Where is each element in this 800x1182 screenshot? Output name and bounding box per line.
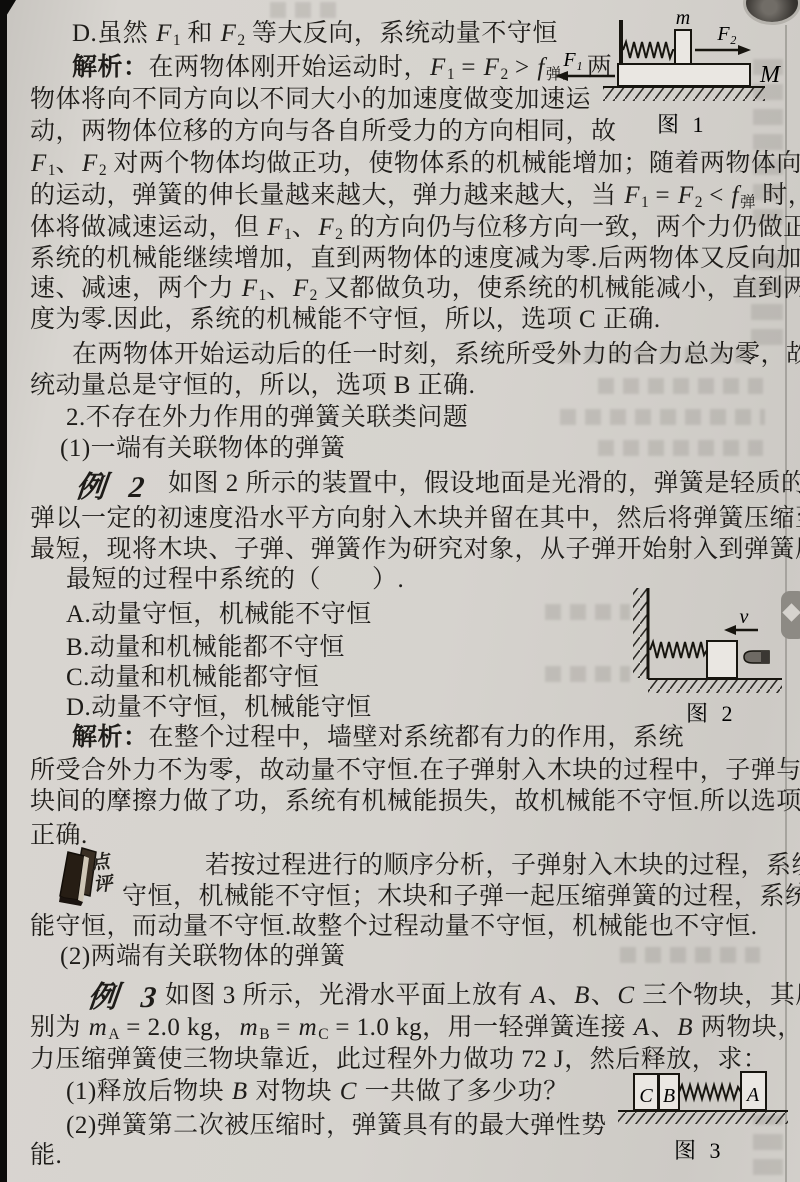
force-f2-arrow bbox=[738, 45, 751, 55]
figure-2-caption: 图 2 bbox=[686, 701, 737, 726]
choice-b: B.动量和机械能都不守恒 bbox=[66, 632, 345, 663]
force-f1-arrow bbox=[555, 71, 568, 81]
figure-1-caption: 图 1 bbox=[657, 112, 708, 137]
text-line: 如图 2 所示的装置中，假设地面是光滑的，弹簧是轻质的，子 bbox=[168, 468, 800, 499]
figure-3-three-blocks-spring: C B A 图 3 bbox=[615, 1065, 800, 1165]
spring-coil bbox=[623, 42, 675, 58]
bleed-smudge bbox=[598, 378, 763, 394]
figure-3-caption: 图 3 bbox=[674, 1138, 725, 1163]
wall-hatching bbox=[633, 588, 648, 678]
bullet bbox=[744, 651, 769, 663]
velocity-label: v bbox=[740, 606, 749, 628]
text-line: 解析：在整个过程中，墙壁对系统都有力的作用，系统 bbox=[72, 722, 684, 753]
example-3-tag: 例 3 bbox=[86, 972, 167, 1016]
question-1: (1)释放后物块 B 对物块 C 一共做了多少功？ bbox=[66, 1076, 569, 1107]
text-line: 系统的机械能继续增加，直到两物体的速度减为零.后两物体又反向加 bbox=[30, 243, 800, 274]
wood-block bbox=[707, 641, 737, 678]
bleed-smudge bbox=[545, 604, 630, 620]
bleed-smudge bbox=[620, 947, 760, 963]
text-line: 最短，现将木块、子弹、弹簧作为研究对象，从子弹开始射入到弹簧压缩至 bbox=[30, 534, 800, 565]
bleed-smudge bbox=[545, 666, 630, 682]
scan-left-edge bbox=[0, 0, 7, 1182]
choice-a: A.动量守恒，机械能不守恒 bbox=[66, 599, 372, 630]
block-C-label: C bbox=[639, 1085, 653, 1107]
bleed-smudge bbox=[560, 409, 765, 425]
text-line: 能. bbox=[30, 1140, 62, 1171]
force-f1-label: F₁ bbox=[562, 49, 582, 71]
block-B-label: B bbox=[663, 1085, 675, 1107]
velocity-arrow bbox=[724, 625, 736, 635]
figure-2-bullet-block-spring: v 图 2 bbox=[620, 585, 800, 733]
scan-left-corner bbox=[0, 0, 16, 26]
text-line: 块间的摩擦力做了功，系统有机械能损失，故机械能不守恒.所以选项 B bbox=[30, 786, 800, 817]
spring-coil bbox=[650, 642, 707, 658]
spring-coil bbox=[679, 1085, 741, 1099]
choice-d: D.动量不守恒，机械能守恒 bbox=[66, 692, 372, 723]
text-line: 物体将向不同方向以不同大小的加速度做变加速运 bbox=[30, 84, 591, 115]
cart-M-label: M bbox=[759, 62, 782, 88]
text-line: 动，两物体位移的方向与各自所受力的方向相同，故 bbox=[30, 116, 617, 147]
text-line: 统动量总是守恒的，所以，选项 B 正确. bbox=[30, 370, 475, 401]
text-line: 度为零.因此，系统的机械能不守恒，所以，选项 C 正确. bbox=[30, 304, 661, 335]
block-A-label: A bbox=[745, 1084, 760, 1106]
text-line: 所受合外力不为零，故动量不守恒.在子弹射入木块的过程中，子弹与木 bbox=[30, 755, 800, 786]
section-heading: 2.不存在外力作用的弹簧关联类问题 bbox=[66, 402, 468, 433]
text-line: D.虽然 F1 和 F2 等大反向，系统动量不守恒 bbox=[72, 18, 558, 56]
scanned-textbook-page: D.虽然 F1 和 F2 等大反向，系统动量不守恒 解析：在两物体刚开始运动时，… bbox=[0, 0, 800, 1182]
block-m bbox=[675, 30, 691, 65]
figure-1-spring-on-cart: m F₂ M F₁ 图 1 bbox=[545, 8, 795, 140]
bleed-smudge bbox=[598, 440, 763, 456]
ground-hatching bbox=[648, 680, 782, 693]
comment-line: 能守恒，而动量不守恒.故整个过程动量不守恒，机械能也不守恒. bbox=[30, 911, 758, 942]
question-2: (2)弹簧第二次被压缩时，弹簧具有的最大弹性势 bbox=[66, 1110, 607, 1141]
comment-line: 守恒，机械能不守恒；木块和子弹一起压缩弹簧的过程，系统机械 bbox=[122, 881, 800, 912]
force-f2-label: F₂ bbox=[716, 23, 736, 45]
cart-M bbox=[618, 64, 750, 86]
ground-hatching bbox=[603, 88, 765, 101]
comment-line: 若按过程进行的顺序分析，子弹射入木块的过程，系统动量 bbox=[205, 850, 800, 881]
ground-hatching bbox=[618, 1112, 788, 1124]
bleed-smudge bbox=[270, 2, 340, 18]
example-2-tag: 例 2 bbox=[74, 462, 155, 506]
text-line: 最短的过程中系统的（ ）. bbox=[66, 564, 404, 595]
comment-label: 点评 bbox=[83, 851, 115, 898]
choice-c: C.动量和机械能都守恒 bbox=[66, 662, 319, 693]
sub-heading: (2)两端有关联物体的弹簧 bbox=[60, 941, 346, 972]
sub-heading: (1)一端有关联物体的弹簧 bbox=[60, 433, 346, 464]
text-line: 在两物体开始运动后的任一时刻，系统所受外力的合力总为零，故系 bbox=[72, 339, 800, 370]
text-line: 如图 3 所示，光滑水平面上放有 A、B、C 三个物块，其质量分 bbox=[165, 980, 800, 1011]
text-line: 弹以一定的初速度沿水平方向射入木块并留在其中，然后将弹簧压缩至 bbox=[30, 503, 800, 534]
block-m-label: m bbox=[676, 8, 690, 29]
